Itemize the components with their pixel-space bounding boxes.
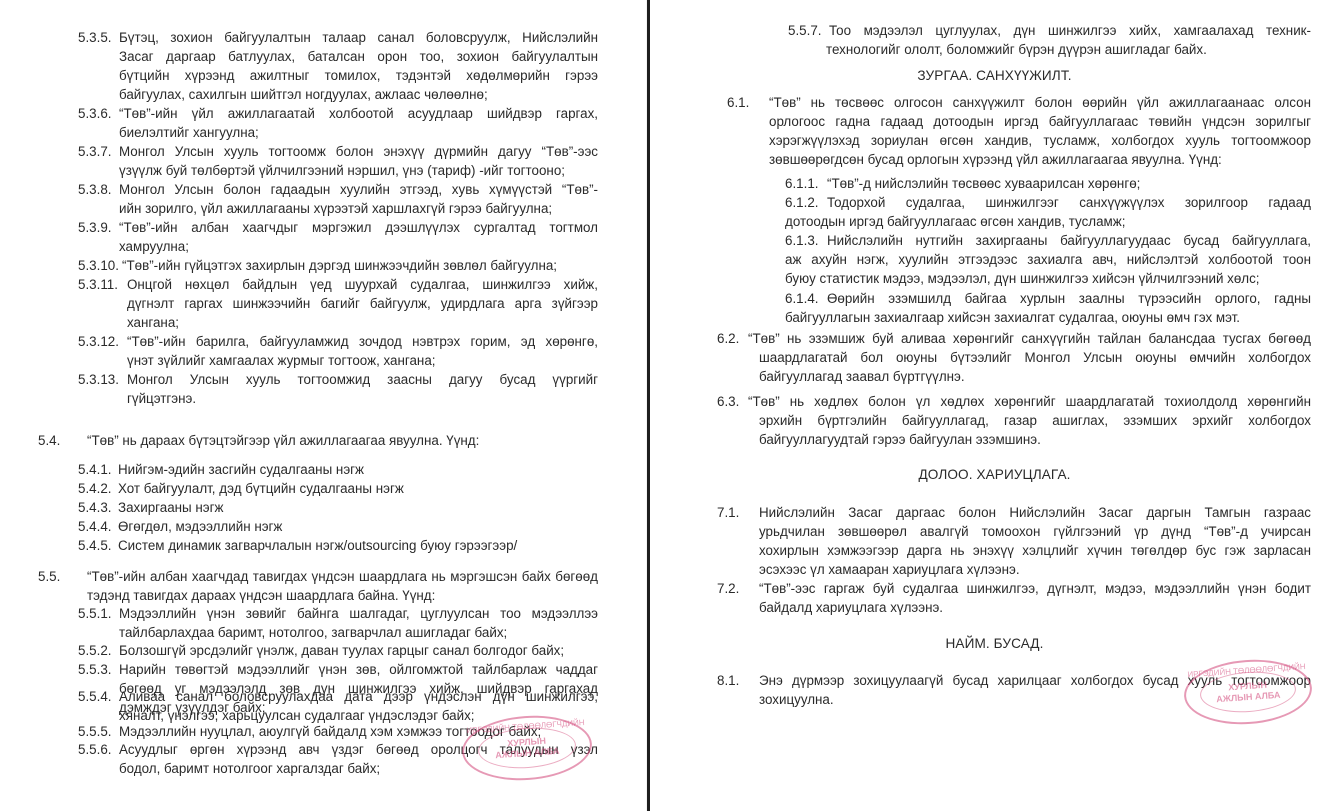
clause-text-line: Аливаа санал боловсруулахдаа дата дээр ү…	[119, 687, 598, 706]
stamp-line-2: АЖЛЫН АЛБА	[495, 746, 560, 761]
clause-number: 5.5.6.	[78, 740, 112, 759]
clause-number: 6.1.	[727, 93, 749, 112]
clause-text-line: ийн зорилго, үйл ажиллагааны хүрээтэй ха…	[119, 199, 598, 218]
clause-number: 5.3.11.	[78, 275, 118, 294]
clause-text-line: Өөрийн эзэмшилд байгаа хурлын заалны түр…	[827, 289, 1311, 308]
clause-5-5-2: 5.5.2.Болзошгүй эрсдэлийг үнэлж, даван т…	[78, 641, 598, 660]
clause-text-line: Монгол Улсын хууль тогтоомж болон энэхүү…	[119, 142, 598, 161]
clause-number: 6.1.1.	[785, 174, 819, 193]
clause-5-3-13: 5.3.13.Монгол Улсын хууль тогтоомжид заа…	[78, 370, 598, 408]
clause-text-line: дотоодын иргэд байгууллагаас өгсөн ханди…	[785, 212, 1311, 231]
clause-text-line: Нийслэлийн Засаг даргаас болон Нийслэлий…	[759, 503, 1311, 522]
clause-number: 6.1.4.	[785, 289, 819, 308]
clause-text-line: “Төв”-ийн албан хаагчдад тавигдах үндсэн…	[87, 567, 598, 586]
section-heading-8: НАЙМ. БУСАД.	[651, 634, 1338, 653]
clause-text-line: “Төв”-д нийслэлийн төсвөөс хуваарилсан х…	[827, 174, 1311, 193]
stamp-ring-text: ИРГЭДИЙН ТӨЛӨӨЛӨГЧДИЙН	[1184, 661, 1308, 681]
clause-number: 7.1.	[717, 503, 739, 522]
clause-5-4-5: 5.4.5.Систем динамик загварчлалын нэгж/o…	[78, 536, 598, 555]
clause-number: 5.3.6.	[78, 104, 112, 123]
clause-number: 5.5.	[38, 567, 60, 586]
clause-6-1: 6.1.“Төв” нь төсвөөс олгосон санхүүжилт …	[727, 93, 1311, 169]
clause-7-2: 7.2.“Төв”-ээс гаргаж буй судалгаа шинжил…	[717, 579, 1311, 617]
clause-6-1-4: 6.1.4.Өөрийн эзэмшилд байгаа хурлын заал…	[785, 289, 1311, 327]
clause-text-line: Нийгэм-эдийн засгийн судалгааны нэгж	[118, 460, 598, 479]
clause-number: 5.5.5.	[78, 722, 112, 741]
clause-number: 5.3.5.	[78, 28, 112, 47]
clause-text-line: байгууллагын захиалгаар хийсэн захиалгат…	[785, 308, 1311, 327]
clause-number: 5.4.5.	[78, 536, 112, 555]
clause-text-line: “Төв”-ийн гүйцэтгэх захирлын дэргэд шинж…	[122, 256, 598, 275]
clause-text-line: “Төв”-ээс гаргаж буй судалгаа шинжилгээ,…	[759, 579, 1311, 598]
clause-text-line: “Төв”-ийн албан хаагчдыг мэргэжил дээшлү…	[119, 218, 598, 237]
clause-5-3-6: 5.3.6.“Төв”-ийн үйл ажиллагаатай холбоот…	[78, 104, 598, 142]
clause-text-line: Болзошгүй эрсдэлийг үнэлж, даван туулах …	[119, 641, 598, 660]
clause-number: 5.3.7.	[78, 142, 112, 161]
official-stamp-right: ИРГЭДИЙН ТӨЛӨӨЛӨГЧДИЙНХУРЛЫНАЖЛЫН АЛБА	[1182, 656, 1314, 729]
clause-text-line: тайлбарлахдаа баримт, нотолгоо, загварчл…	[119, 623, 598, 642]
clause-5-4-3: 5.4.3.Захиргааны нэгж	[78, 498, 598, 517]
clause-text-line: орлогоос гадна гадаад дотоодын иргэд бай…	[769, 112, 1311, 131]
clause-text-line: урьдчилан зөвшөөрөл авалгүй томоохон гүй…	[759, 522, 1311, 541]
clause-text-line: Тоо мэдээлэл цуглуулах, дүн шинжилгээ хи…	[829, 21, 1311, 40]
clause-text-line: эрхийн бүртгэлийн байгууллагад, газар аш…	[759, 411, 1311, 430]
clause-text-line: биелэлтийг хангуулна;	[119, 123, 598, 142]
clause-number: 5.3.13.	[78, 370, 119, 389]
clause-5-4: 5.4.“Төв” нь дараах бүтэцтэйгээр үйл ажи…	[38, 431, 598, 450]
clause-5-3-8: 5.3.8.Монгол Улсын болон гадаадын хуулий…	[78, 180, 598, 218]
clause-text-line: гүйцэтгэнэ.	[127, 389, 598, 408]
clause-6-1-3: 6.1.3.Нийслэлийн нутгийн захиргааны байг…	[785, 231, 1311, 288]
section-heading-7: ДОЛОО. ХАРИУЦЛАГА.	[651, 465, 1338, 484]
clause-text-line: Өгөгдөл, мэдээллийн нэгж	[118, 517, 598, 536]
document-page-left: 5.3.5.Бүтэц, зохион байгуулалтын талаар …	[0, 0, 646, 811]
clause-7-1: 7.1.Нийслэлийн Засаг даргаас болон Нийсл…	[717, 503, 1311, 579]
clause-6-1-2: 6.1.2.Тодорхой судалгаа, шинжилгээг санх…	[785, 193, 1311, 231]
clause-text-line: үзүүлж буй төлбөртэй үйлчилгээний нэршил…	[119, 161, 598, 180]
clause-5-4-1: 5.4.1.Нийгэм-эдийн засгийн судалгааны нэ…	[78, 460, 598, 479]
clause-text-line: эсэхээс үл хамааран хариуцлага хүлээнэ.	[759, 560, 1311, 579]
clause-text-line: аж ахуйн нэгж, хуулийн этгээдээс захиалг…	[785, 250, 1311, 269]
clause-6-3: 6.3.“Төв” нь хөдлөх болон үл хөдлөх хөрө…	[717, 392, 1311, 449]
clause-5-5-7: 5.5.7.Тоо мэдээлэл цуглуулах, дүн шинжил…	[788, 21, 1311, 59]
clause-text-line: байгууллагуудтай гэрээ байгуулан эзэмшин…	[759, 430, 1311, 449]
stamp-line-1: ХУРЛЫН	[507, 736, 546, 750]
clause-text-line: технологийг ололт, боломжийг бүрэн дүүрэ…	[826, 40, 1311, 59]
clause-text-line: үнэт зүйлийг хамгаалах журмыг тогтоож, х…	[127, 351, 598, 370]
clause-number: 5.3.8.	[78, 180, 112, 199]
clause-number: 6.3.	[717, 392, 739, 411]
clause-text-line: Монгол Улсын хууль тогтоомжид заасны даг…	[127, 370, 598, 389]
clause-number: 5.4.2.	[78, 479, 112, 498]
clause-text-line: “Төв”-ийн үйл ажиллагаатай холбоотой асу…	[119, 104, 598, 123]
clause-number: 6.1.3.	[785, 231, 819, 250]
clause-text-line: хангана;	[127, 313, 598, 332]
clause-text-line: байдалд хариуцлага хүлээнэ.	[759, 598, 1311, 617]
clause-5-5-1: 5.5.1.Мэдээллийн үнэн зөвийг байнга шалг…	[78, 604, 598, 642]
clause-text-line: Тодорхой судалгаа, шинжилгээг санхүүжүүл…	[827, 193, 1311, 212]
clause-number: 8.1.	[717, 671, 739, 690]
clause-text-line: Бүтэц, зохион байгуулалтын талаар санал …	[119, 28, 598, 47]
clause-text-line: Засаг даргаар батлуулах, баталсан орон т…	[119, 47, 598, 66]
clause-text-line: тэдэнд тавигдах дараах үндсэн шаардлага …	[87, 586, 598, 605]
document-page-right: 5.5.7.Тоо мэдээлэл цуглуулах, дүн шинжил…	[651, 0, 1338, 811]
clause-text-line: шаардлагатай бол оюуны бүтээлийг Монгол …	[759, 348, 1311, 367]
clause-text-line: зөвшөөрөгдсөн бусад орлогын хүрээнд үйл …	[769, 150, 1311, 169]
section-heading-6: ЗУРГАА. САНХҮҮЖИЛТ.	[651, 66, 1338, 85]
clause-number: 5.3.12.	[78, 332, 119, 351]
clause-number: 5.5.4.	[78, 687, 112, 706]
clause-text-line: “Төв” нь төсвөөс олгосон санхүүжилт боло…	[769, 93, 1311, 112]
clause-text-line: “Төв” нь дараах бүтэцтэйгээр үйл ажиллаг…	[87, 431, 598, 450]
stamp-line-2: АЖЛЫН АЛБА	[1216, 690, 1281, 705]
clause-number: 6.1.2.	[785, 193, 819, 212]
clause-text-line: хамруулна;	[119, 237, 598, 256]
clause-text-line: Мэдээллийн үнэн зөвийг байнга шалгадаг, …	[119, 604, 598, 623]
clause-text-line: Нийслэлийн нутгийн захиргааны байгууллаг…	[827, 231, 1311, 250]
clause-number: 5.4.1.	[78, 460, 112, 479]
clause-5-3-7: 5.3.7.Монгол Улсын хууль тогтоомж болон …	[78, 142, 598, 180]
clause-5-4-2: 5.4.2.Хот байгуулалт, дэд бүтцийн судалг…	[78, 479, 598, 498]
clause-number: 5.5.2.	[78, 641, 112, 660]
clause-text-line: Захиргааны нэгж	[118, 498, 598, 517]
clause-number: 5.4.	[38, 431, 60, 450]
clause-number: 5.3.10.	[78, 256, 119, 275]
clause-text-line: “Төв”-ийн барилга, байгууламжид зочдод н…	[127, 332, 598, 351]
clause-number: 5.4.3.	[78, 498, 112, 517]
clause-text-line: Хот байгуулалт, дэд бүтцийн судалгааны н…	[118, 479, 598, 498]
clause-number: 5.4.4.	[78, 517, 112, 536]
clause-text-line: хохирлын хэмжээгээр дарга нь энэхүү хэлц…	[759, 541, 1311, 560]
clause-text-line: Монгол Улсын болон гадаадын хуулийн этгэ…	[119, 180, 598, 199]
clause-6-2: 6.2.“Төв” нь эзэмшиж буй аливаа хөрөнгий…	[717, 329, 1311, 386]
clause-5-5: 5.5.“Төв”-ийн албан хаагчдад тавигдах үн…	[38, 567, 598, 605]
clause-text-line: “Төв” нь эзэмшиж буй аливаа хөрөнгийг са…	[748, 329, 1311, 348]
clause-5-3-9: 5.3.9.“Төв”-ийн албан хаагчдыг мэргэжил …	[78, 218, 598, 256]
clause-number: 7.2.	[717, 579, 739, 598]
clause-text-line: Нарийн төвөгтэй мэдээллийг үнэн зөв, ойл…	[119, 660, 598, 679]
clause-text-line: Онцгой нөхцөл байдлын үед шуурхай судалг…	[127, 275, 598, 294]
clause-number: 5.5.3.	[78, 660, 112, 679]
clause-number: 5.5.7.	[788, 21, 822, 40]
clause-number: 6.2.	[717, 329, 739, 348]
clause-5-4-4: 5.4.4.Өгөгдөл, мэдээллийн нэгж	[78, 517, 598, 536]
clause-6-1-1: 6.1.1.“Төв”-д нийслэлийн төсвөөс хуваари…	[785, 174, 1311, 193]
clause-text-line: Систем динамик загварчлалын нэгж/outsour…	[118, 536, 598, 555]
clause-text-line: буюу статистик мэдээ, мэдээлэл, дүн шинж…	[785, 269, 1311, 288]
clause-5-3-11: 5.3.11.Онцгой нөхцөл байдлын үед шуурхай…	[78, 275, 598, 332]
clause-text-line: “Төв” нь хөдлөх болон үл хөдлөх хөрөнгий…	[748, 392, 1311, 411]
stamp-line-1: ХУРЛЫН	[1228, 680, 1267, 694]
clause-number: 5.5.1.	[78, 604, 112, 623]
clause-text-line: хэрэгжүүлэхэд зориулан өгсөн хандив, тус…	[769, 131, 1311, 150]
clause-text-line: байгууллагад заавал бүртгүүлнэ.	[759, 367, 1311, 386]
clause-5-3-5: 5.3.5.Бүтэц, зохион байгуулалтын талаар …	[78, 28, 598, 104]
clause-text-line: дүгнэлт гаргах шинжээчийн багийг байгуул…	[127, 294, 598, 313]
clause-text-line: байгуулах, сахилгын шийтгэл ногдуулах, а…	[119, 85, 598, 104]
clause-number: 5.3.9.	[78, 218, 112, 237]
clause-5-3-12: 5.3.12.“Төв”-ийн барилга, байгууламжид з…	[78, 332, 598, 370]
clause-text-line: бүтцийн хүрээнд ажилтныг томилох, тэдэнт…	[119, 66, 598, 85]
clause-5-3-10: 5.3.10.“Төв”-ийн гүйцэтгэх захирлын дэрг…	[78, 256, 598, 275]
